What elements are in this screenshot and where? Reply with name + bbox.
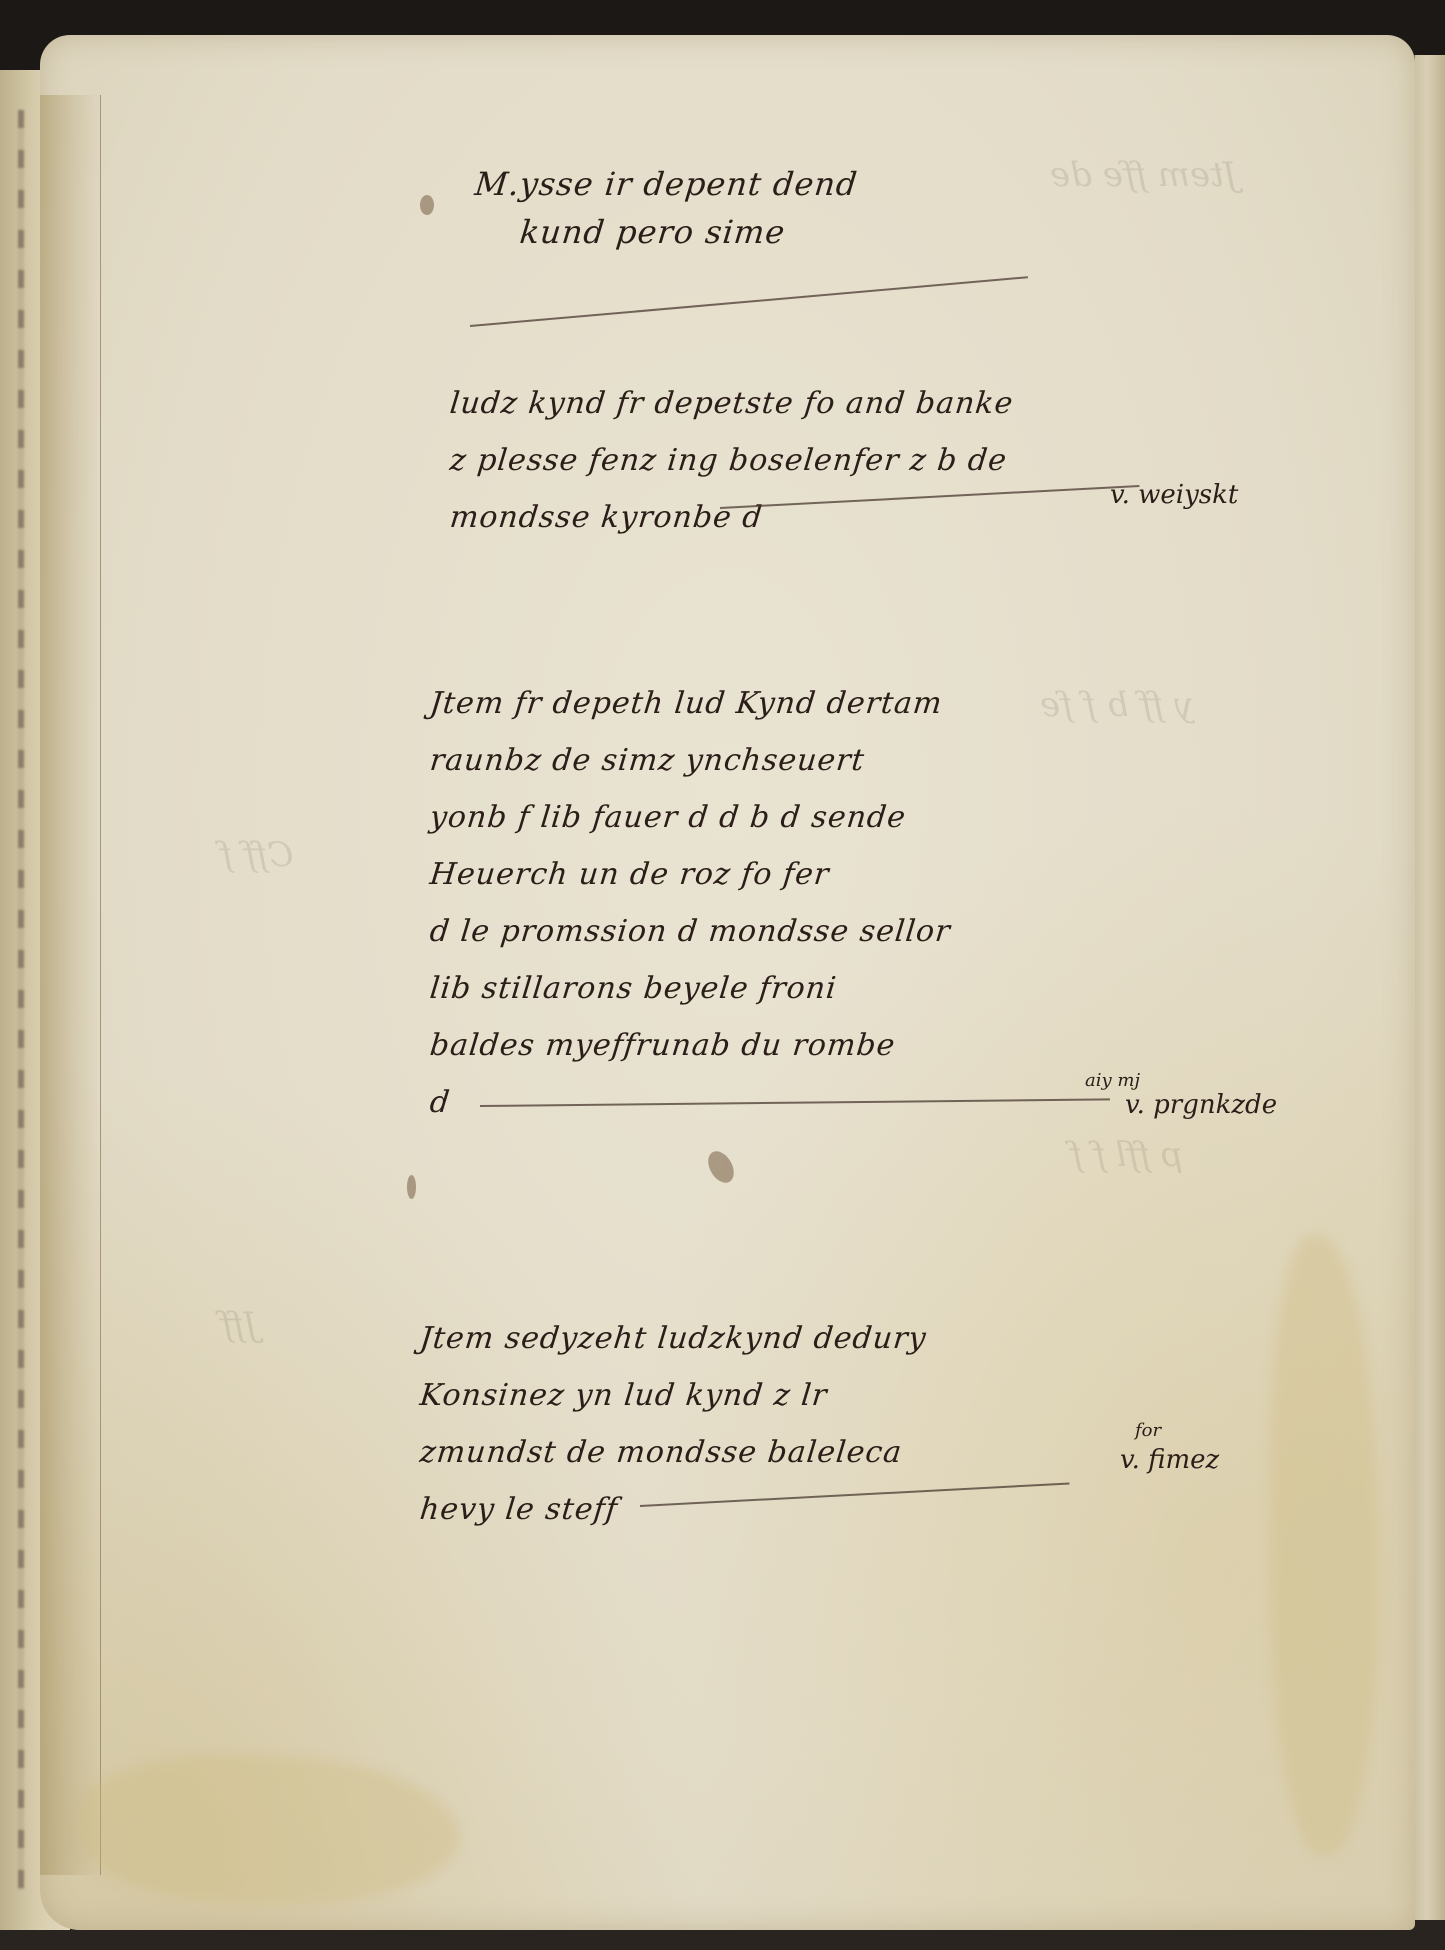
show-through-text: Cff f [220,835,294,875]
entry-line: yonb f lib fauer d d b d sende [427,789,954,846]
entry-2: Jtem fr depeth lud Kynd dertam raunbz de… [430,675,951,1131]
show-through-text: Jtem ffe de [1050,155,1237,195]
heading-line: M.ysse ir depent dend [472,160,860,208]
entry-1: ludz kynd fr depetste fo and banke z ple… [450,375,1013,546]
entry-line: zmundst de mondsse baleleca [417,1424,929,1481]
heading-block: M.ysse ir depent dend kund pero sime [475,160,858,256]
entry-line: Jtem fr depeth lud Kynd dertam [427,675,954,732]
entry-line: raunbz de simz ynchseuert [427,732,954,789]
entry-line: Jtem sedyzeht ludzkynd dedury [417,1310,929,1367]
entry-1-margin-amount: v. weiyskt [1110,480,1238,510]
entry-2-margin-superscript: aiy mj [1085,1070,1140,1091]
photo-scene: Jtem ffe de y ff b f fe p ffl f f Cff f … [0,0,1445,1950]
water-stain [1270,1235,1380,1855]
entry-line: baldes myeffrunab du rombe [427,1017,954,1074]
entry-3-margin-superscript: for [1135,1420,1161,1441]
water-stain [80,1755,460,1905]
entry-line: hevy le steff [417,1481,929,1538]
ink-stain [420,195,434,215]
entry-line: ludz kynd fr depetste fo and banke [447,375,1016,432]
page-left-edge [40,95,101,1875]
entry-line: z plesse fenz ing boselenfer z b de [447,432,1016,489]
entry-3-margin-amount: v. fimez [1120,1445,1219,1475]
show-through-text: Jff [220,1305,258,1345]
heading-underline [470,276,1028,327]
show-through-text: y ff b f fe [1040,685,1194,725]
entry-line: d le promssion d mondsse sellor [427,903,954,960]
ink-stain [407,1175,416,1199]
entry-line: lib stillarons beyele froni [427,960,954,1017]
entry-line: Konsinez yn lud kynd z lr [417,1367,929,1424]
entry-line: Heuerch un de roz fo fer [427,846,954,903]
manuscript-page: Jtem ffe de y ff b f fe p ffl f f Cff f … [40,35,1415,1930]
ink-stain [703,1147,739,1187]
page-stack-edge [1413,55,1445,1920]
show-through-text: p ffl f f [1070,1135,1183,1175]
heading-line: kund pero sime [472,208,860,256]
entry-2-margin-amount: v. prgnkzde [1125,1090,1277,1120]
